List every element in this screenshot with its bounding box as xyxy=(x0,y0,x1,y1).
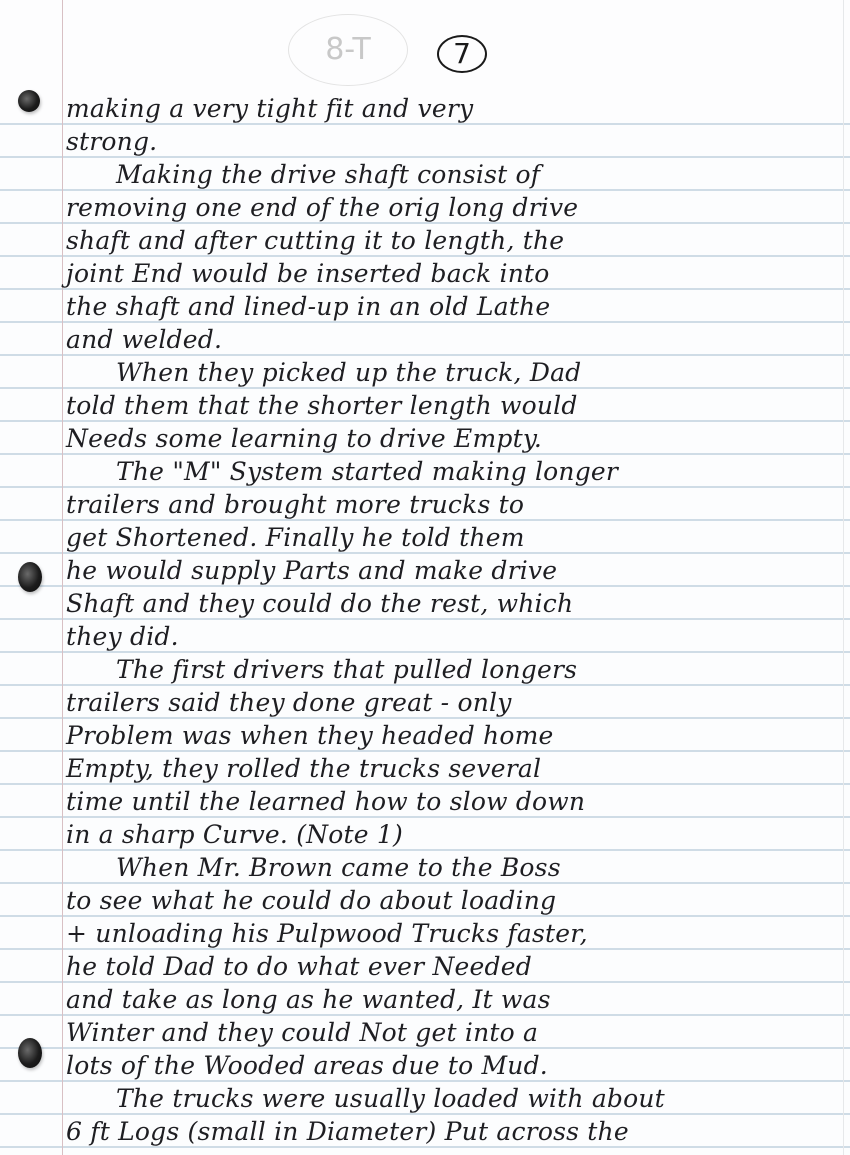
text-line: trailers and brought more trucks to xyxy=(66,488,836,521)
text-line: trailers said they done great - only xyxy=(66,686,836,719)
text-line: he told Dad to do what ever Needed xyxy=(66,950,836,983)
text-line: they did. xyxy=(66,620,836,653)
text-line: Empty, they rolled the trucks several xyxy=(66,752,836,785)
text-line: to see what he could do about loading xyxy=(66,884,836,917)
text-line: When they picked up the truck, Dad xyxy=(66,356,836,389)
page-edge xyxy=(843,0,844,1155)
text-line: Shaft and they could do the rest, which xyxy=(66,587,836,620)
binder-hole-icon xyxy=(18,1038,42,1068)
text-line: shaft and after cutting it to length, th… xyxy=(66,224,836,257)
text-line: time until the learned how to slow down xyxy=(66,785,836,818)
text-line: 6 ft Logs (small in Diameter) Put across… xyxy=(66,1115,836,1148)
handwritten-text: making a very tight fit and verystrong.M… xyxy=(66,92,836,1148)
text-line: strong. xyxy=(66,125,836,158)
text-line: and take as long as he wanted, It was xyxy=(66,983,836,1016)
text-line: The "M" System started making longer xyxy=(66,455,836,488)
text-line: making a very tight fit and very xyxy=(66,92,836,125)
text-line: he would supply Parts and make drive xyxy=(66,554,836,587)
bleedthrough-label: T-8 xyxy=(288,14,408,86)
text-line: The first drivers that pulled longers xyxy=(66,653,836,686)
text-line: Winter and they could Not get into a xyxy=(66,1016,836,1049)
text-line: + unloading his Pulpwood Trucks faster, xyxy=(66,917,836,950)
page-number: 7 xyxy=(437,35,487,73)
text-line: and welded. xyxy=(66,323,836,356)
text-line: When Mr. Brown came to the Boss xyxy=(66,851,836,884)
text-line: removing one end of the orig long drive xyxy=(66,191,836,224)
margin-line xyxy=(62,0,63,1155)
text-line: in a sharp Curve. (Note 1) xyxy=(66,818,836,851)
text-line: Making the drive shaft consist of xyxy=(66,158,836,191)
text-line: get Shortened. Finally he told them xyxy=(66,521,836,554)
binder-hole-icon xyxy=(18,562,42,592)
text-line: The trucks were usually loaded with abou… xyxy=(66,1082,836,1115)
text-line: lots of the Wooded areas due to Mud. xyxy=(66,1049,836,1082)
binder-hole-icon xyxy=(18,90,40,112)
text-line: told them that the shorter length would xyxy=(66,389,836,422)
text-line: joint End would be inserted back into xyxy=(66,257,836,290)
text-line: Problem was when they headed home xyxy=(66,719,836,752)
text-line: the shaft and lined-up in an old Lathe xyxy=(66,290,836,323)
text-line: Needs some learning to drive Empty. xyxy=(66,422,836,455)
